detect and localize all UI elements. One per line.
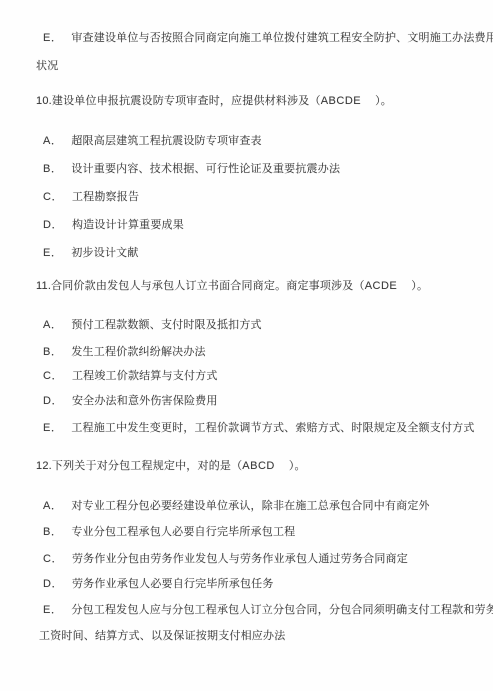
question-10-option-c: C．工程勘察报告	[36, 190, 473, 204]
option-letter: B．	[43, 345, 62, 359]
carryover-option-e-line2: 状况	[36, 59, 473, 73]
option-text: 设计重要内容、技术根据、可行性论证及重要抗震办法	[71, 163, 340, 175]
option-letter: A．	[43, 499, 62, 513]
option-text: 初步设计文献	[71, 247, 138, 259]
page-content: E．审查建设单位与否按照合同商定向施工单位拨付建筑工程安全防护、文明施工办法费用…	[0, 0, 493, 643]
option-letter: D．	[43, 218, 63, 232]
option-text: 专业分包工程承包人必要自行完毕所承包工程	[71, 526, 295, 538]
stem-close: ）。	[289, 460, 306, 472]
option-text: 超限高层建筑工程抗震设防专项审查表	[71, 135, 261, 147]
document-page: E．审查建设单位与否按照合同商定向施工单位拨付建筑工程安全防护、文明施工办法费用…	[0, 0, 493, 691]
option-text: 工程勘察报告	[72, 191, 139, 203]
option-letter: E．	[43, 31, 62, 45]
question-10-option-a: A．超限高层建筑工程抗震设防专项审查表	[36, 134, 473, 148]
option-letter: A．	[43, 134, 62, 148]
question-10-option-e: E．初步设计文献	[36, 246, 473, 260]
option-letter: E．	[43, 246, 62, 260]
option-letter: B．	[43, 162, 62, 176]
question-11-option-a: A．预付工程款数额、支付时限及抵扣方式	[36, 318, 473, 332]
option-letter: D．	[43, 577, 63, 591]
stem-close: ）。	[411, 280, 428, 292]
option-text: 工程竣工价款结算与支付方式	[72, 370, 218, 382]
question-10-stem: 10.建设单位申报抗震设防专项审查时，应提供材料涉及（ABCDE）。	[36, 94, 473, 108]
question-12-stem: 12.下列关于对分包工程规定中，对的是（ABCD）。	[36, 459, 473, 473]
stem-text: 11.合同价款由发包人与承包人订立书面合同商定。商定事项涉及（	[36, 280, 365, 292]
option-text: 工程施工中发生变更时，工程价款调节方式、索赔方式、时限规定及全额支付方式	[71, 422, 474, 434]
question-12-option-a: A．对专业工程分包必要经建设单位承认，除非在施工总承包合同中有商定外	[36, 499, 473, 513]
option-letter: E．	[43, 421, 62, 435]
question-11-option-d: D．安全办法和意外伤害保险费用	[36, 394, 473, 408]
stem-close: ）。	[375, 95, 392, 107]
option-text: 对专业工程分包必要经建设单位承认，除非在施工总承包合同中有商定外	[71, 500, 429, 512]
carryover-option-e-line1: E．审查建设单位与否按照合同商定向施工单位拨付建筑工程安全防护、文明施工办法费用	[36, 31, 473, 45]
question-11-option-e: E．工程施工中发生变更时，工程价款调节方式、索赔方式、时限规定及全额支付方式	[36, 421, 473, 435]
stem-text: 10.建设单位申报抗震设防专项审查时，应提供材料涉及（	[36, 95, 321, 107]
answer-text: ACDE	[365, 279, 398, 293]
option-text: 审查建设单位与否按照合同商定向施工单位拨付建筑工程安全防护、文明施工办法费用	[71, 32, 493, 44]
question-11-stem: 11.合同价款由发包人与承包人订立书面合同商定。商定事项涉及（ACDE）。	[36, 279, 473, 293]
option-text: 发生工程价款纠纷解决办法	[71, 346, 205, 358]
option-letter: D．	[43, 394, 63, 408]
option-letter: A．	[43, 318, 62, 332]
option-letter: C．	[43, 190, 63, 204]
question-12-option-e-line1: E．分包工程发包人应与分包工程承包人订立分包合同，分包合同须明确支付工程款和劳务	[36, 603, 473, 617]
answer-text: ABCDE	[321, 94, 361, 108]
option-text: 劳务作业分包由劳务作业发包人与劳务作业承包人通过劳务合同商定	[72, 553, 408, 565]
stem-text: 12.下列关于对分包工程规定中，对的是（	[36, 460, 242, 472]
option-letter: B．	[43, 525, 62, 539]
question-10-option-d: D．构造设计计算重要成果	[36, 218, 473, 232]
option-letter: E．	[43, 603, 62, 617]
question-11-option-c: C．工程竣工价款结算与支付方式	[36, 369, 473, 383]
question-12-option-d: D．劳务作业承包人必要自行完毕所承包任务	[36, 577, 473, 591]
option-text: 构造设计计算重要成果	[72, 219, 184, 231]
option-text: 劳务作业承包人必要自行完毕所承包任务	[72, 578, 274, 590]
answer-text: ABCD	[242, 459, 275, 473]
question-12-option-e-line2: 工资时间、结算方式、以及保证按期支付相应办法	[36, 629, 473, 643]
option-text: 预付工程款数额、支付时限及抵扣方式	[71, 319, 261, 331]
option-letter: C．	[43, 369, 63, 383]
option-text: 分包工程发包人应与分包工程承包人订立分包合同，分包合同须明确支付工程款和劳务	[71, 604, 493, 616]
question-12-option-c: C．劳务作业分包由劳务作业发包人与劳务作业承包人通过劳务合同商定	[36, 552, 473, 566]
question-12-option-b: B．专业分包工程承包人必要自行完毕所承包工程	[36, 525, 473, 539]
question-10-option-b: B．设计重要内容、技术根据、可行性论证及重要抗震办法	[36, 162, 473, 176]
option-text: 安全办法和意外伤害保险费用	[72, 395, 218, 407]
option-letter: C．	[43, 552, 63, 566]
question-11-option-b: B．发生工程价款纠纷解决办法	[36, 345, 473, 359]
